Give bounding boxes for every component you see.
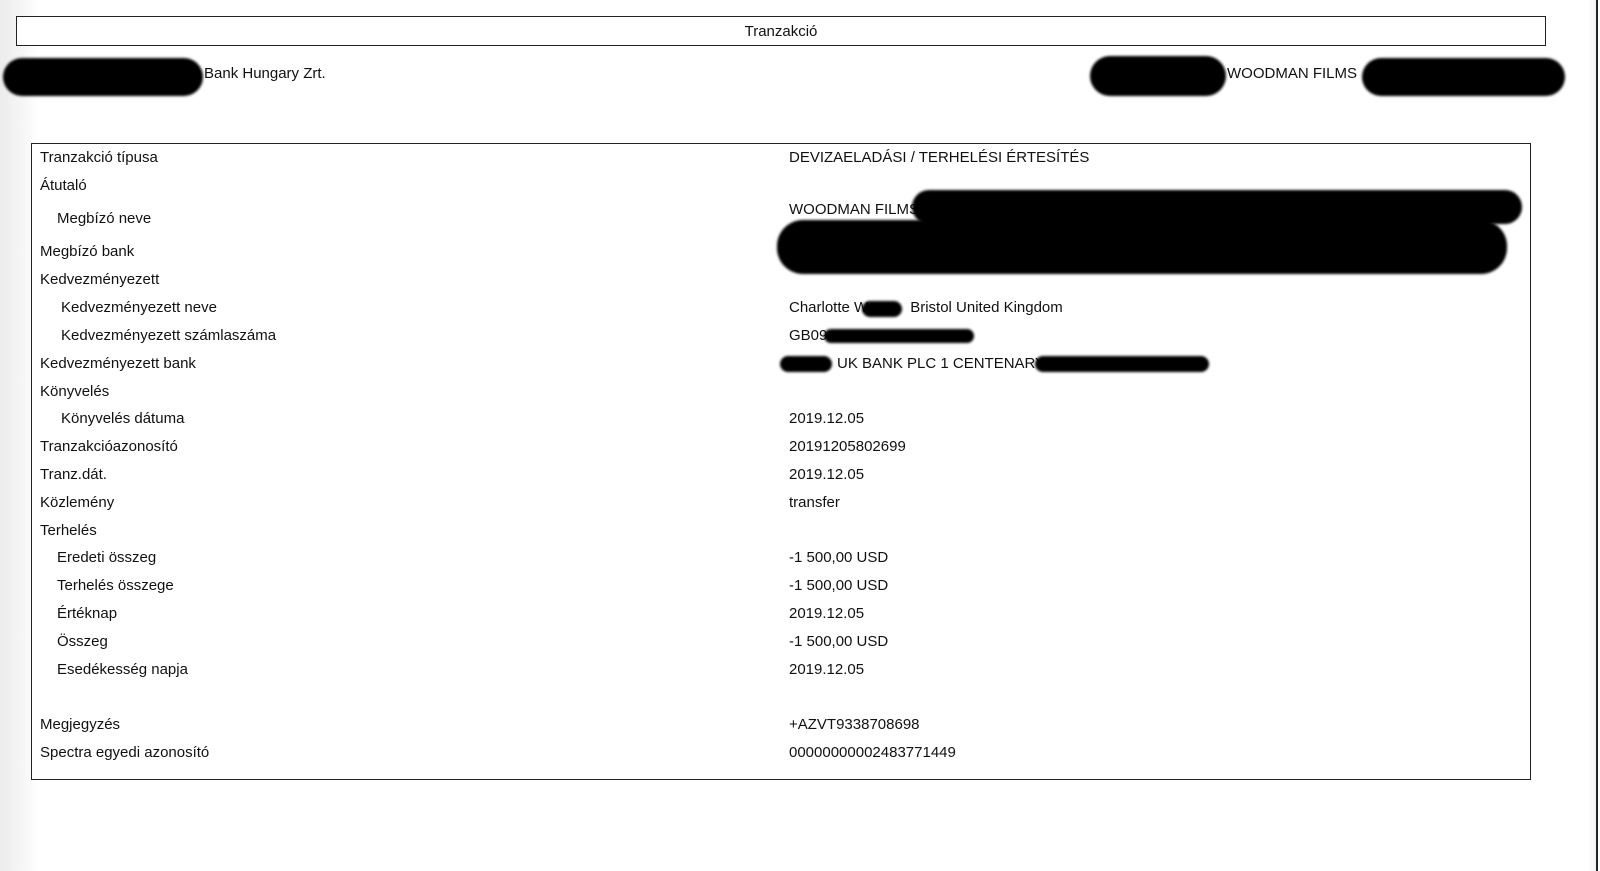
row-label: Terhelés összege bbox=[57, 574, 174, 598]
document-title-text: Tranzakció bbox=[745, 23, 818, 40]
row-value: transfer bbox=[789, 491, 840, 515]
table-row: Kedvezményezett neve Charlotte WBristol … bbox=[32, 296, 1530, 320]
row-label: Tranz.dát. bbox=[40, 463, 107, 487]
row-label: Kedvezményezett számlaszáma bbox=[61, 324, 276, 348]
table-row: Kedvezményezett számlaszáma GB09 bbox=[32, 324, 1530, 348]
redaction-header-suffix bbox=[1362, 58, 1565, 96]
row-label: Tranzakcióazonosító bbox=[40, 435, 178, 459]
redaction-header-prefix bbox=[1090, 56, 1226, 96]
table-row: Megjegyzés +AZVT9338708698 bbox=[32, 713, 1530, 737]
table-row: Tranzakcióazonosító 20191205802699 bbox=[32, 435, 1530, 459]
row-label: Terhelés bbox=[40, 519, 97, 543]
row-label: Értéknap bbox=[57, 602, 117, 626]
row-label: Kedvezményezett neve bbox=[61, 296, 217, 320]
table-row: Terhelés bbox=[32, 519, 1530, 543]
row-label: Esedékesség napja bbox=[57, 658, 188, 682]
row-label: Könyvelés bbox=[40, 380, 109, 404]
transaction-details-table: Tranzakció típusa DEVIZAELADÁSI / TERHEL… bbox=[31, 143, 1531, 780]
row-value: DEVIZAELADÁSI / TERHELÉSI ÉRTESÍTÉS bbox=[789, 146, 1089, 170]
table-row: Könyvelés dátuma 2019.12.05 bbox=[32, 407, 1530, 431]
row-value: -1 500,00 USD bbox=[789, 546, 888, 570]
row-label: Eredeti összeg bbox=[57, 546, 156, 570]
row-value: WOODMAN FILMS bbox=[789, 198, 919, 222]
table-row: Könyvelés bbox=[32, 380, 1530, 404]
redaction-beneficiary-name bbox=[862, 301, 902, 317]
document-title: Tranzakció bbox=[16, 16, 1546, 46]
row-value: 00000000002483771449 bbox=[789, 741, 956, 765]
table-row: Terhelés összege -1 500,00 USD bbox=[32, 574, 1530, 598]
row-value: 2019.12.05 bbox=[789, 463, 864, 487]
table-row: Közlemény transfer bbox=[32, 491, 1530, 515]
row-label: Átutaló bbox=[40, 174, 87, 198]
window-edge bbox=[1596, 0, 1598, 871]
redaction-bank-suffix bbox=[1035, 356, 1209, 372]
table-row: Esedékesség napja 2019.12.05 bbox=[32, 658, 1530, 682]
table-row: Spectra egyedi azonosító 000000000024837… bbox=[32, 741, 1530, 765]
row-label: Közlemény bbox=[40, 491, 114, 515]
table-row: Összeg -1 500,00 USD bbox=[32, 630, 1530, 654]
sender-bank: Bank Hungary Zrt. bbox=[204, 63, 326, 85]
redaction-account-number bbox=[824, 329, 974, 343]
table-row: Kedvezményezett bbox=[32, 268, 1530, 292]
row-label: Spectra egyedi azonosító bbox=[40, 741, 209, 765]
row-value: -1 500,00 USD bbox=[789, 630, 888, 654]
table-row: Tranz.dát. 2019.12.05 bbox=[32, 463, 1530, 487]
redaction-originator-bank bbox=[777, 220, 1507, 274]
beneficiary-name-suffix: Bristol United Kingdom bbox=[910, 299, 1063, 316]
row-value: 2019.12.05 bbox=[789, 602, 864, 626]
row-label: Kedvezményezett bbox=[40, 268, 159, 292]
row-label: Tranzakció típusa bbox=[40, 146, 158, 170]
row-value: Charlotte WBristol United Kingdom bbox=[789, 296, 1063, 320]
row-value: -1 500,00 USD bbox=[789, 574, 888, 598]
table-row: Eredeti összeg -1 500,00 USD bbox=[32, 546, 1530, 570]
row-label: Összeg bbox=[57, 630, 108, 654]
redaction-bank-prefix bbox=[780, 356, 832, 372]
row-label: Megbízó bank bbox=[40, 240, 134, 264]
row-value: 2019.12.05 bbox=[789, 407, 864, 431]
table-row: Értéknap 2019.12.05 bbox=[32, 602, 1530, 626]
row-label: Megjegyzés bbox=[40, 713, 120, 737]
row-value: UK BANK PLC 1 CENTENARY bbox=[837, 352, 1045, 376]
redaction-originator bbox=[912, 190, 1522, 224]
row-label: Könyvelés dátuma bbox=[61, 407, 184, 431]
account-holder: WOODMAN FILMS bbox=[1227, 63, 1357, 85]
page-edge-shade bbox=[1588, 0, 1596, 871]
row-value: 2019.12.05 bbox=[789, 658, 864, 682]
row-label: Kedvezményezett bank bbox=[40, 352, 196, 376]
beneficiary-name-prefix: Charlotte W bbox=[789, 299, 868, 316]
table-row: Tranzakció típusa DEVIZAELADÁSI / TERHEL… bbox=[32, 146, 1530, 170]
beneficiary-bank-name: UK BANK PLC 1 CENTENARY bbox=[837, 355, 1045, 372]
row-value: +AZVT9338708698 bbox=[789, 713, 920, 737]
redaction-bank-name bbox=[3, 58, 203, 96]
row-value: GB09 bbox=[789, 324, 827, 348]
row-value: 20191205802699 bbox=[789, 435, 906, 459]
